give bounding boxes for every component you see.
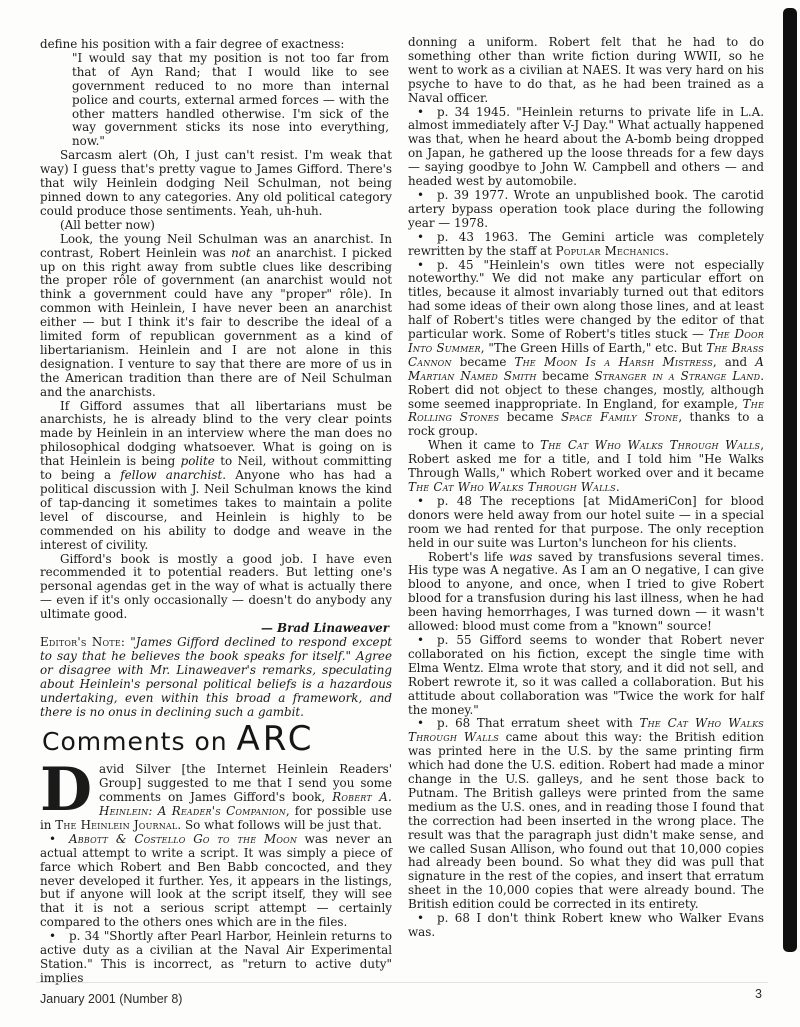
text-run: The Cat Who Walks Through Walls: [408, 480, 616, 494]
text-run: "I would say that my position is not too…: [72, 51, 389, 148]
text-run: polite: [181, 454, 215, 468]
bullet-icon: •: [417, 634, 424, 648]
text-run: define his position with a fair degree o…: [40, 37, 344, 51]
bullet-item: •p. 68 I don't think Robert knew who Wal…: [408, 912, 764, 940]
paragraph: (All better now): [40, 219, 392, 233]
text-run: was never an actual attempt to write a s…: [40, 832, 392, 929]
text-run: (All better now): [60, 218, 155, 232]
text-run: . So what follows will be just that.: [177, 818, 381, 832]
paragraph: define his position with a fair degree o…: [40, 38, 392, 52]
bullet-item: •Abbott & Costello Go to the Moon was ne…: [40, 833, 392, 930]
text-run: not: [231, 246, 251, 260]
bullet-icon: •: [49, 833, 56, 847]
bullet-item: •p. 48 The receptions [at MidAmeriCon] f…: [408, 495, 764, 551]
footer-rule: [36, 982, 768, 983]
text-run: p. 34 1945. "Heinlein returns to private…: [408, 105, 764, 189]
bullet-icon: •: [417, 259, 424, 273]
bullet-icon: •: [417, 189, 424, 203]
bullet-icon: •: [49, 930, 56, 944]
paragraph: Robert's life was saved by transfusions …: [408, 551, 764, 634]
paragraph: Look, the young Neil Schulman was an ana…: [40, 233, 392, 400]
text-run: became: [499, 410, 561, 424]
text-run: Editor's Note:: [40, 635, 125, 649]
section-heading: Comments on ARC: [42, 733, 392, 754]
paragraph-dropcap: David Silver [the Internet Heinlein Read…: [40, 763, 392, 833]
bullet-item: •p. 55 Gifford seems to wonder that Robe…: [408, 634, 764, 717]
text-run: became: [537, 369, 595, 383]
heading-text: Comments on: [42, 727, 237, 756]
text-run: p. 48 The receptions [at MidAmeriCon] fo…: [408, 494, 764, 550]
signature: — Brad Linaweaver: [40, 622, 392, 636]
footer-issue-label: January 2001 (Number 8): [40, 993, 182, 1007]
text-run: Gifford's book is mostly a good job. I h…: [40, 552, 392, 622]
text-run: The Cat Who Walks Through Walls: [540, 438, 760, 452]
bullet-item: •p. 34 "Shortly after Pearl Harbor, Hein…: [40, 930, 392, 986]
heading-acronym: ARC: [237, 719, 315, 759]
bullet-item: •p. 43 1963. The Gemini article was comp…: [408, 231, 764, 259]
text-run: came about this way: the British edition…: [408, 730, 764, 911]
text-run: Robert's life: [428, 550, 509, 564]
bullet-item: •p. 68 That erratum sheet with The Cat W…: [408, 717, 764, 912]
drop-cap: D: [40, 766, 92, 815]
bullet-item: •p. 39 1977. Wrote an unpublished book. …: [408, 189, 764, 231]
paragraph: donning a uniform. Robert felt that he h…: [408, 36, 764, 106]
text-run: The Moon Is a Harsh Mistress: [515, 355, 713, 369]
bullet-icon: •: [417, 717, 424, 731]
text-run: .: [616, 480, 620, 494]
bullet-item: •p. 45 "Heinlein's own titles were not e…: [408, 259, 764, 440]
text-run: p. 68 That erratum sheet with: [437, 716, 639, 730]
text-run: Sarcasm alert (Oh, I just can't resist. …: [40, 148, 392, 218]
scanned-journal-page: { "glyphs": { "bullet": "•" }, "drop_cap…: [0, 0, 800, 1027]
text-run: fellow anarchist: [120, 468, 222, 482]
left-column: define his position with a fair degree o…: [40, 38, 392, 986]
paragraph: Sarcasm alert (Oh, I just can't resist. …: [40, 149, 392, 219]
bullet-icon: •: [417, 912, 424, 926]
text-run: p. 68 I don't think Robert knew who Walk…: [408, 911, 764, 939]
paragraph: If Gifford assumes that all libertarians…: [40, 400, 392, 553]
paragraph: When it came to The Cat Who Walks Throug…: [408, 439, 764, 495]
text-run: Popular Mechanics: [556, 244, 666, 258]
scan-artifact-bar: [783, 8, 797, 952]
bullet-icon: •: [417, 231, 424, 245]
text-run: Space Family Stone: [561, 410, 678, 424]
paragraph: Gifford's book is mostly a good job. I h…: [40, 553, 392, 623]
text-run: , "The Green Hills of Earth," etc. But: [481, 341, 706, 355]
bullet-icon: •: [417, 495, 424, 509]
text-run: p. 55 Gifford seems to wonder that Rober…: [408, 633, 764, 717]
text-run: was: [509, 550, 532, 564]
text-run: Stranger in a Strange Land: [595, 369, 761, 383]
text-run: .: [665, 244, 669, 258]
right-column: donning a uniform. Robert felt that he h…: [408, 36, 764, 940]
text-run: , and: [713, 355, 755, 369]
text-run: When it came to: [428, 438, 540, 452]
text-run: Abbott & Costello Go to the Moon: [69, 832, 297, 846]
text-run: — Brad Linaweaver: [261, 621, 389, 635]
text-run: p. 34 "Shortly after Pearl Harbor, Heinl…: [40, 929, 392, 985]
text-run: became: [452, 355, 515, 369]
text-run: donning a uniform. Robert felt that he h…: [408, 35, 764, 105]
text-run: The Heinlein Journal: [55, 818, 177, 832]
editors-note: Editor's Note: "James Gifford declined t…: [40, 636, 392, 719]
page-number: 3: [755, 988, 762, 1002]
bullet-item: •p. 34 1945. "Heinlein returns to privat…: [408, 106, 764, 189]
bullet-icon: •: [417, 106, 424, 120]
text-run: an anarchist. I picked up on this right …: [40, 246, 392, 399]
block-quote: "I would say that my position is not too…: [72, 52, 389, 149]
text-run: p. 39 1977. Wrote an unpublished book. T…: [408, 188, 764, 230]
